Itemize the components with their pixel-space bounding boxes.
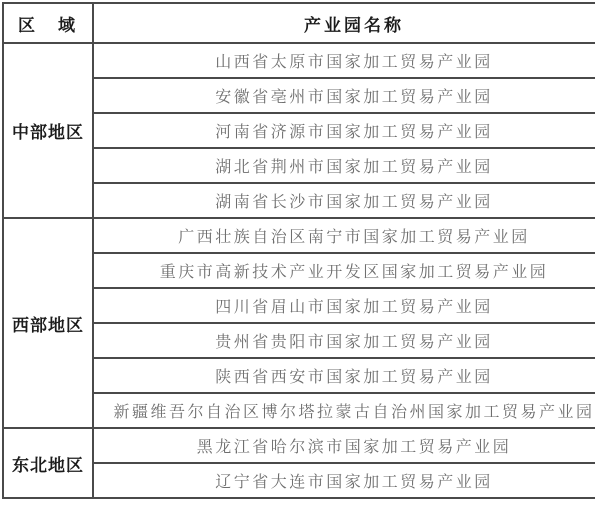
park-cell: 辽宁省大连市国家加工贸易产业园 (93, 463, 595, 498)
table-header-row: 区 域 产业园名称 (3, 3, 595, 43)
region-cell-western: 西部地区 (3, 218, 93, 428)
park-cell: 山西省太原市国家加工贸易产业园 (93, 43, 595, 78)
park-cell: 重庆市高新技术产业开发区国家加工贸易产业园 (93, 253, 595, 288)
park-name-column-header: 产业园名称 (93, 3, 595, 43)
park-cell: 黑龙江省哈尔滨市国家加工贸易产业园 (93, 428, 595, 463)
park-cell: 陕西省西安市国家加工贸易产业园 (93, 358, 595, 393)
park-cell: 新疆维吾尔自治区博尔塔拉蒙古自治州国家加工贸易产业园 (93, 393, 595, 428)
park-cell: 安徽省亳州市国家加工贸易产业园 (93, 78, 595, 113)
park-cell: 湖北省荆州市国家加工贸易产业园 (93, 148, 595, 183)
document-page: 区 域 产业园名称 中部地区 山西省太原市国家加工贸易产业园 安徽省亳州市国家加… (0, 0, 595, 520)
region-column-header: 区 域 (3, 3, 93, 43)
region-cell-central: 中部地区 (3, 43, 93, 218)
park-cell: 湖南省长沙市国家加工贸易产业园 (93, 183, 595, 218)
park-cell: 贵州省贵阳市国家加工贸易产业园 (93, 323, 595, 358)
region-cell-northeast: 东北地区 (3, 428, 93, 498)
park-cell: 四川省眉山市国家加工贸易产业园 (93, 288, 595, 323)
table-row: 东北地区 黑龙江省哈尔滨市国家加工贸易产业园 (3, 428, 595, 463)
park-cell: 广西壮族自治区南宁市国家加工贸易产业园 (93, 218, 595, 253)
table-row: 西部地区 广西壮族自治区南宁市国家加工贸易产业园 (3, 218, 595, 253)
park-cell: 河南省济源市国家加工贸易产业园 (93, 113, 595, 148)
industrial-parks-table: 区 域 产业园名称 中部地区 山西省太原市国家加工贸易产业园 安徽省亳州市国家加… (2, 2, 595, 499)
table-row: 中部地区 山西省太原市国家加工贸易产业园 (3, 43, 595, 78)
